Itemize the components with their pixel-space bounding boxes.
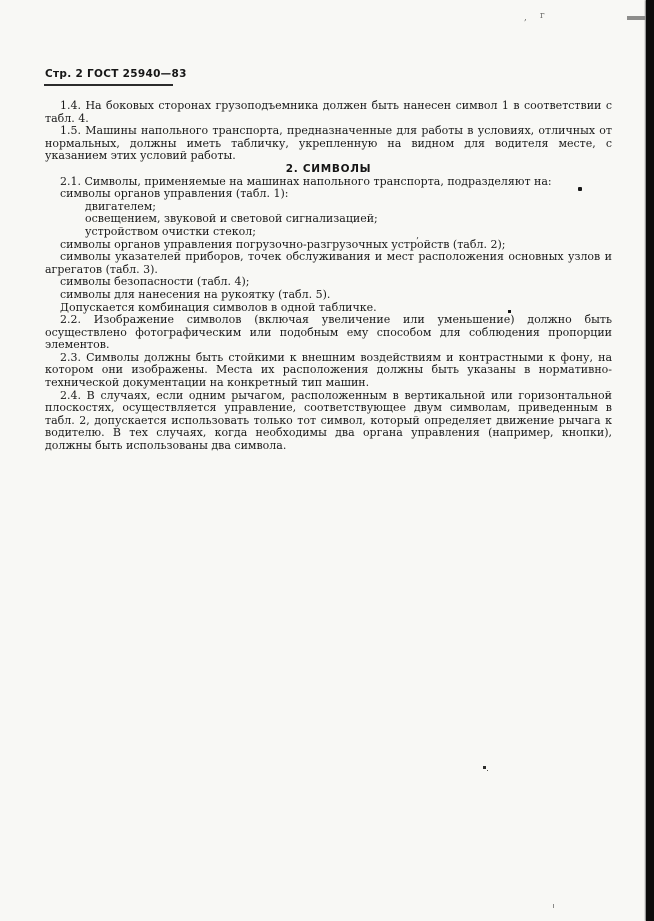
- scan-edge-dash: [627, 16, 646, 20]
- list-subitem: устройством очистки стекол;: [85, 226, 612, 239]
- ink-speck: [553, 904, 554, 908]
- scan-artifact-letter: г: [540, 12, 545, 21]
- list-item: символы указателей приборов, точек обслу…: [45, 251, 612, 276]
- paragraph-2-2: 2.2. Изображение символов (включая увели…: [45, 314, 612, 352]
- book-edge-strip: [646, 0, 654, 921]
- ink-speck: [607, 395, 609, 397]
- ink-speck: [578, 187, 582, 191]
- paragraph-1-4: 1.4. На боковых сторонах грузоподъемника…: [45, 100, 612, 125]
- page-header: Стр. 2 ГОСТ 25940—83: [45, 68, 187, 80]
- ink-speck: [508, 310, 511, 313]
- list-item: символы органов управления (табл. 1):: [45, 188, 612, 201]
- section-heading: 2. СИМВОЛЫ: [45, 163, 612, 176]
- ink-speck: [483, 766, 486, 769]
- scanned-document-page: Стр. 2 ГОСТ 25940—83 1.4. На боковых сто…: [0, 0, 654, 921]
- scan-artifact-comma: ,: [524, 14, 527, 23]
- paragraph-2-3: 2.3. Символы должны быть стойкими к внеш…: [45, 352, 612, 390]
- document-body: 1.4. На боковых сторонах грузоподъемника…: [45, 100, 612, 453]
- paragraph-2-4: 2.4. В случаях, если одним рычагом, расп…: [45, 390, 612, 453]
- scan-artifact-tick: ’: [416, 238, 419, 247]
- header-rule: [44, 84, 173, 86]
- paragraph-1-5: 1.5. Машины напольного транспорта, предн…: [45, 125, 612, 163]
- list-item: символы для нанесения на рукоятку (табл.…: [45, 289, 612, 302]
